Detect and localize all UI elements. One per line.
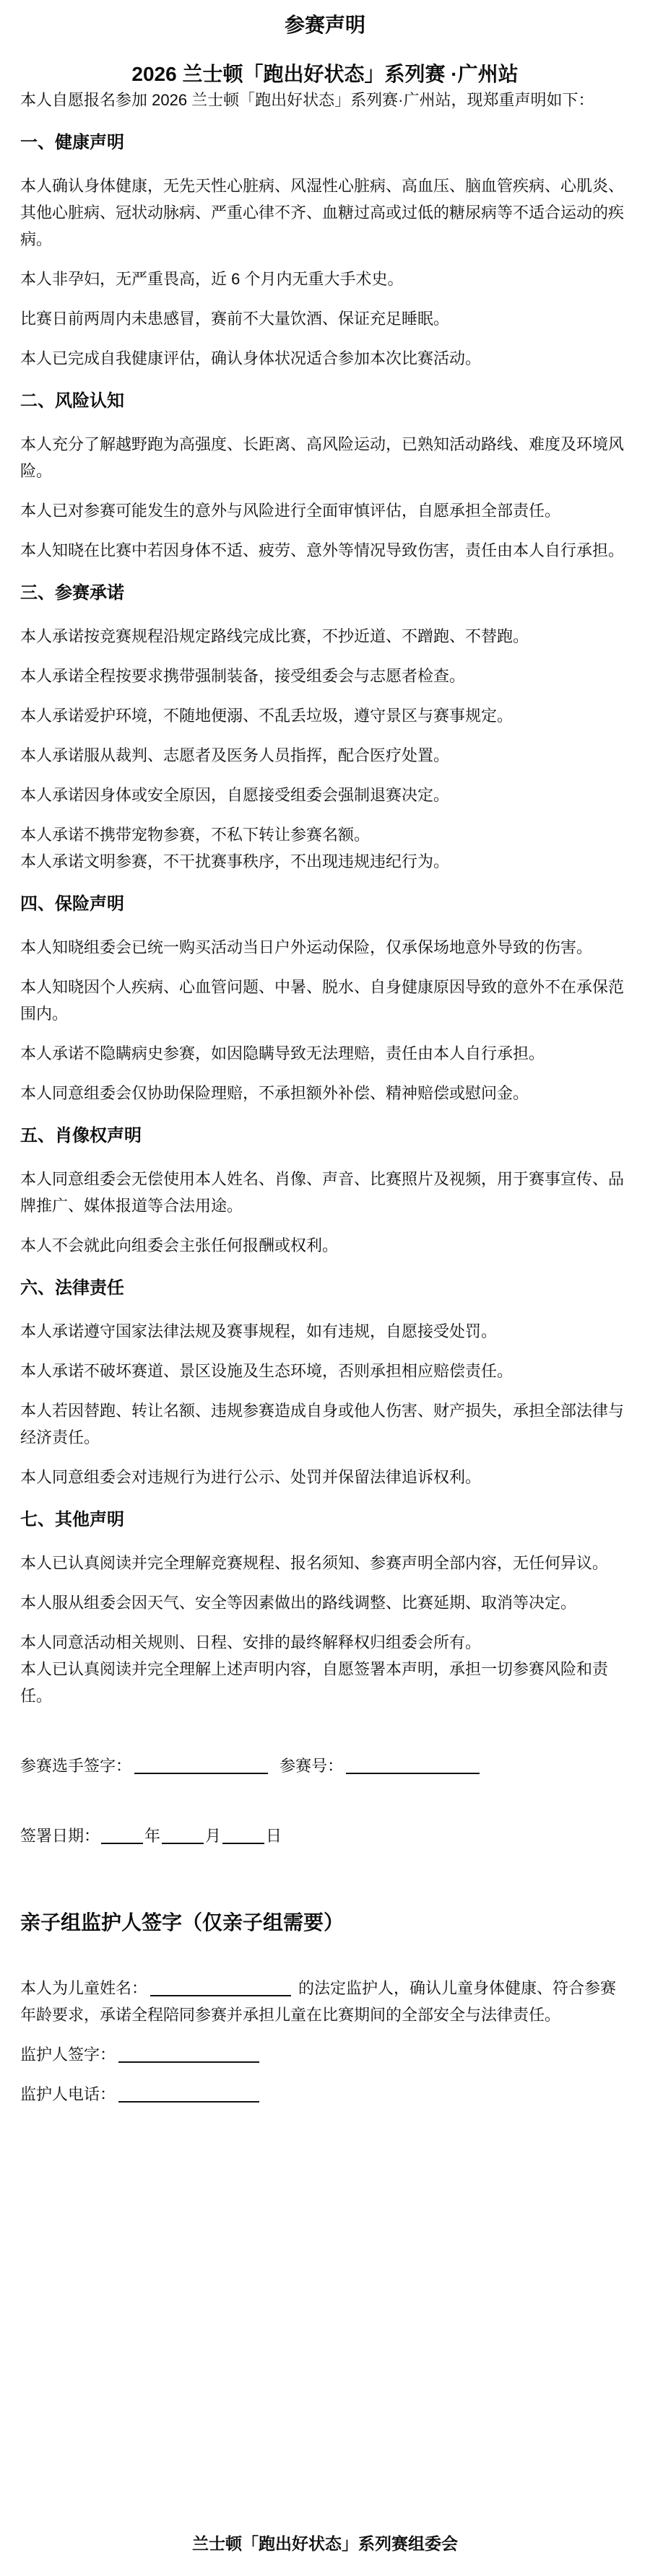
declaration-paragraph: 本人同意活动相关规则、日程、安排的最终解释权归组委会所有。 本人已认真阅读并完全… [20,1629,630,1709]
declaration-paragraph: 本人非孕妇，无严重畏高，近 6 个月内无重大手术史。 [20,266,630,292]
declaration-paragraph: 本人同意组委会无偿使用本人姓名、肖像、声音、比赛照片及视频，用于赛事宣传、品牌推… [20,1166,630,1219]
section-heading-commitment: 三、参赛承诺 [20,582,630,604]
guardian-phone-row: 监护人电话： [20,2081,630,2108]
guardian-phone-blank [118,2085,259,2103]
declaration-document: 参赛声明 2026 兰士顿「跑出好状态」系列赛 ·广州站 本人自愿报名参加 20… [0,0,650,2108]
guardian-signature-blank [118,2045,259,2063]
athlete-signature-label: 参赛选手签字： [20,1757,131,1775]
declaration-paragraph: 本人知晓组委会已统一购买活动当日户外运动保险，仅承保场地意外导致的伤害。 [20,934,630,961]
paragraph-line: 本人承诺文明参赛，不干扰赛事秩序，不出现违规违纪行为。 [20,848,630,875]
paragraph-line: 本人已认真阅读并完全理解上述声明内容，自愿签署本声明，承担一切参赛风险和责任。 [20,1656,630,1709]
footer-committee: 兰士顿「跑出好状态」系列赛组委会 [0,2531,650,2554]
declaration-paragraph: 本人已对参赛可能发生的意外与风险进行全面审慎评估，自愿承担全部责任。 [20,497,630,524]
section-heading-other: 七、其他声明 [20,1509,630,1531]
intro-paragraph: 本人自愿报名参加 2026 兰士顿「跑出好状态」系列赛·广州站，现郑重声明如下： [20,87,630,113]
declaration-paragraph: 本人知晓在比赛中若因身体不适、疲劳、意外等情况导致伤害，责任由本人自行承担。 [20,537,630,564]
bib-number-label: 参赛号： [279,1757,343,1775]
section-heading-health: 一、健康声明 [20,132,630,154]
guardian-statement: 本人为儿童姓名：的法定监护人，确认儿童身体健康、符合参赛年龄要求，承诺全程陪同参… [20,1975,630,2028]
declaration-paragraph: 本人同意组委会仅协助保险理赔，不承担额外补偿、精神赔偿或慰问金。 [20,1080,630,1106]
year-label: 年 [144,1827,160,1845]
page-title: 参赛声明 [20,13,630,38]
declaration-paragraph: 本人承诺不隐瞒病史参赛，如因隐瞒导致无法理赔，责任由本人自行承担。 [20,1040,630,1067]
section-heading-portrait: 五、肖像权声明 [20,1125,630,1147]
declaration-paragraph: 本人不会就此向组委会主张任何报酬或权利。 [20,1232,630,1259]
date-month-blank [162,1827,204,1844]
date-day-blank [222,1827,264,1844]
declaration-paragraph: 本人同意组委会对违规行为进行公示、处罚并保留法律追诉权利。 [20,1464,630,1490]
declaration-paragraph: 本人已完成自我健康评估，确认身体状况适合参加本次比赛活动。 [20,345,630,372]
section-heading-legal: 六、法律责任 [20,1278,630,1299]
guardian-phone-label: 监护人电话： [20,2085,116,2103]
declaration-paragraph: 本人承诺不破坏赛道、景区设施及生态环境，否则承担相应赔偿责任。 [20,1358,630,1384]
declaration-paragraph: 本人充分了解越野跑为高强度、长距离、高风险运动，已熟知活动路线、难度及环境风险。 [20,431,630,484]
guardian-signature-label: 监护人签字： [20,2045,116,2064]
declaration-paragraph: 本人承诺遵守国家法律法规及赛事规程，如有违规，自愿接受处罚。 [20,1318,630,1345]
event-subtitle: 2026 兰士顿「跑出好状态」系列赛 ·广州站 [20,62,630,87]
section-heading-insurance: 四、保险声明 [20,894,630,915]
declaration-paragraph: 本人服从组委会因天气、安全等因素做出的路线调整、比赛延期、取消等决定。 [20,1589,630,1616]
bib-number-blank [346,1757,480,1774]
sign-date-label: 签署日期： [20,1827,100,1845]
day-label: 日 [266,1827,282,1845]
child-name-blank [150,1979,291,1996]
signature-date-row: 签署日期：年月日 [20,1822,630,1849]
declaration-paragraph: 本人承诺服从裁判、志愿者及医务人员指挥，配合医疗处置。 [20,742,630,769]
section-heading-risk: 二、风险认知 [20,390,630,412]
declaration-paragraph: 本人承诺不携带宠物参赛，不私下转让参赛名额。 本人承诺文明参赛，不干扰赛事秩序，… [20,821,630,875]
declaration-paragraph: 本人承诺按竞赛规程沿规定路线完成比赛，不抄近道、不蹭跑、不替跑。 [20,623,630,650]
guardian-statement-prefix: 本人为儿童姓名： [20,1979,147,1997]
athlete-signature-blank [134,1757,268,1774]
paragraph-line: 本人承诺不携带宠物参赛，不私下转让参赛名额。 [20,821,630,848]
month-label: 月 [205,1827,221,1845]
declaration-paragraph: 比赛日前两周内未患感冒，赛前不大量饮酒、保证充足睡眠。 [20,305,630,332]
declaration-paragraph: 本人承诺全程按要求携带强制装备，接受组委会与志愿者检查。 [20,663,630,689]
declaration-paragraph: 本人确认身体健康，无先天性心脏病、风湿性心脏病、高血压、脑血管疾病、心肌炎、其他… [20,173,630,253]
declaration-paragraph: 本人承诺爱护环境，不随地便溺、不乱丢垃圾，遵守景区与赛事规定。 [20,702,630,729]
declaration-paragraph: 本人知晓因个人疾病、心血管问题、中暑、脱水、自身健康原因导致的意外不在承保范围内… [20,974,630,1027]
paragraph-line: 本人同意活动相关规则、日程、安排的最终解释权归组委会所有。 [20,1629,630,1656]
athlete-signature-row: 参赛选手签字： 参赛号： [20,1752,630,1779]
declaration-paragraph: 本人已认真阅读并完全理解竞赛规程、报名须知、参赛声明全部内容，无任何异议。 [20,1550,630,1576]
guardian-signature-row: 监护人签字： [20,2041,630,2068]
declaration-paragraph: 本人承诺因身体或安全原因，自愿接受组委会强制退赛决定。 [20,782,630,808]
declaration-paragraph: 本人若因替跑、转让名额、违规参赛造成自身或他人伤害、财产损失，承担全部法律与经济… [20,1397,630,1451]
guardian-section-heading: 亲子组监护人签字（仅亲子组需要） [20,1911,630,1935]
date-year-blank [101,1827,143,1844]
